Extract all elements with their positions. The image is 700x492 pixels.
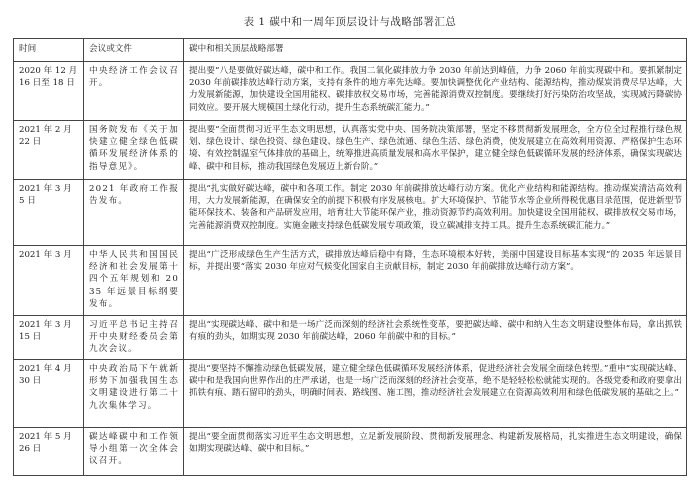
table-row: 2021 年 3 月 15 日 习近平总书记主持召开中央财经委员会第九次会议。 … bbox=[14, 316, 687, 360]
table-row: 2020 年 12 月 16 日至 18 日 中央经济工作会议召开。 提出要“八… bbox=[14, 62, 687, 121]
cell-time: 2021 年 4 月 30 日 bbox=[14, 360, 84, 428]
table-caption: 表 1 碳中和一周年顶层设计与战略部署汇总 bbox=[0, 14, 700, 29]
cell-detail: 提出要“八是要做好碳达峰，碳中和工作。我国二氧化碳排放力争 2030 年前达到峰… bbox=[184, 62, 687, 121]
header-time: 时间 bbox=[14, 39, 84, 62]
table-row: 2021 年 3 月 中华人民共和国国民经济和社会发展第十四个五年规划和 203… bbox=[14, 246, 687, 316]
header-detail: 碳中和相关顶层战略部署 bbox=[184, 39, 687, 62]
cell-meeting: 中央经济工作会议召开。 bbox=[84, 62, 184, 121]
table-row: 2021 年 5 月 26 日 碳达峰碳中和工作领导小组第一次全体会议召开。 提… bbox=[14, 428, 687, 476]
cell-detail: 提出“要全面贯彻落实习近平生态文明思想，立足新发展阶段、贯彻新发展理念、构建新发… bbox=[184, 428, 687, 476]
cell-time: 2021 年 3 月 15 日 bbox=[14, 316, 84, 360]
cell-meeting: 碳达峰碳中和工作领导小组第一次全体会议召开。 bbox=[84, 428, 184, 476]
table-row: 2021 年 3 月 5 日 2021 年政府工作报告发布。 提出“扎实做好碳达… bbox=[14, 180, 687, 246]
cell-time: 2021 年 5 月 26 日 bbox=[14, 428, 84, 476]
cell-meeting: 中华人民共和国国民经济和社会发展第十四个五年规划和 2035 年远景目标纲要发布… bbox=[84, 246, 184, 316]
strategy-summary-table: 时间 会议或文件 碳中和相关顶层战略部署 2020 年 12 月 16 日至 1… bbox=[13, 38, 687, 476]
table-row: 2021 年 2 月 22 日 国务院发布《关于加快建立健全绿色低碳循环发展经济… bbox=[14, 121, 687, 180]
cell-detail: 提出“扎实做好碳达峰，碳中和各项工作。制定 2030 年前碳排放达峰行动方案。优… bbox=[184, 180, 687, 246]
table-header-row: 时间 会议或文件 碳中和相关顶层战略部署 bbox=[14, 39, 687, 62]
header-meeting: 会议或文件 bbox=[84, 39, 184, 62]
cell-time: 2020 年 12 月 16 日至 18 日 bbox=[14, 62, 84, 121]
table-row: 2021 年 4 月 30 日 中央政治局下午就新形势下加强我国生态文明建设进行… bbox=[14, 360, 687, 428]
cell-time: 2021 年 3 月 bbox=[14, 246, 84, 316]
cell-meeting: 国务院发布《关于加快建立健全绿色低碳循环发展经济体系的指导意见》。 bbox=[84, 121, 184, 180]
cell-time: 2021 年 3 月 5 日 bbox=[14, 180, 84, 246]
cell-detail: 提出要“全面贯彻习近平生态文明思想，认真落实党中央、国务院决策部署，坚定不移贯彻… bbox=[184, 121, 687, 180]
cell-time: 2021 年 2 月 22 日 bbox=[14, 121, 84, 180]
cell-meeting: 中央政治局下午就新形势下加强我国生态文明建设进行第二十九次集体学习。 bbox=[84, 360, 184, 428]
cell-detail: 提出“实现碳达峰、碳中和是一场广泛而深刻的经济社会系统性变革，要把碳达峰、碳中和… bbox=[184, 316, 687, 360]
cell-detail: 提出“广泛形成绿色生产生活方式，碳排放达峰后稳中有降，生态环境根本好转，美丽中国… bbox=[184, 246, 687, 316]
cell-meeting: 习近平总书记主持召开中央财经委员会第九次会议。 bbox=[84, 316, 184, 360]
cell-detail: 提出“要坚持不懈推动绿色低碳发展，建立健全绿色低碳循环发展经济体系，促进经济社会… bbox=[184, 360, 687, 428]
cell-meeting: 2021 年政府工作报告发布。 bbox=[84, 180, 184, 246]
